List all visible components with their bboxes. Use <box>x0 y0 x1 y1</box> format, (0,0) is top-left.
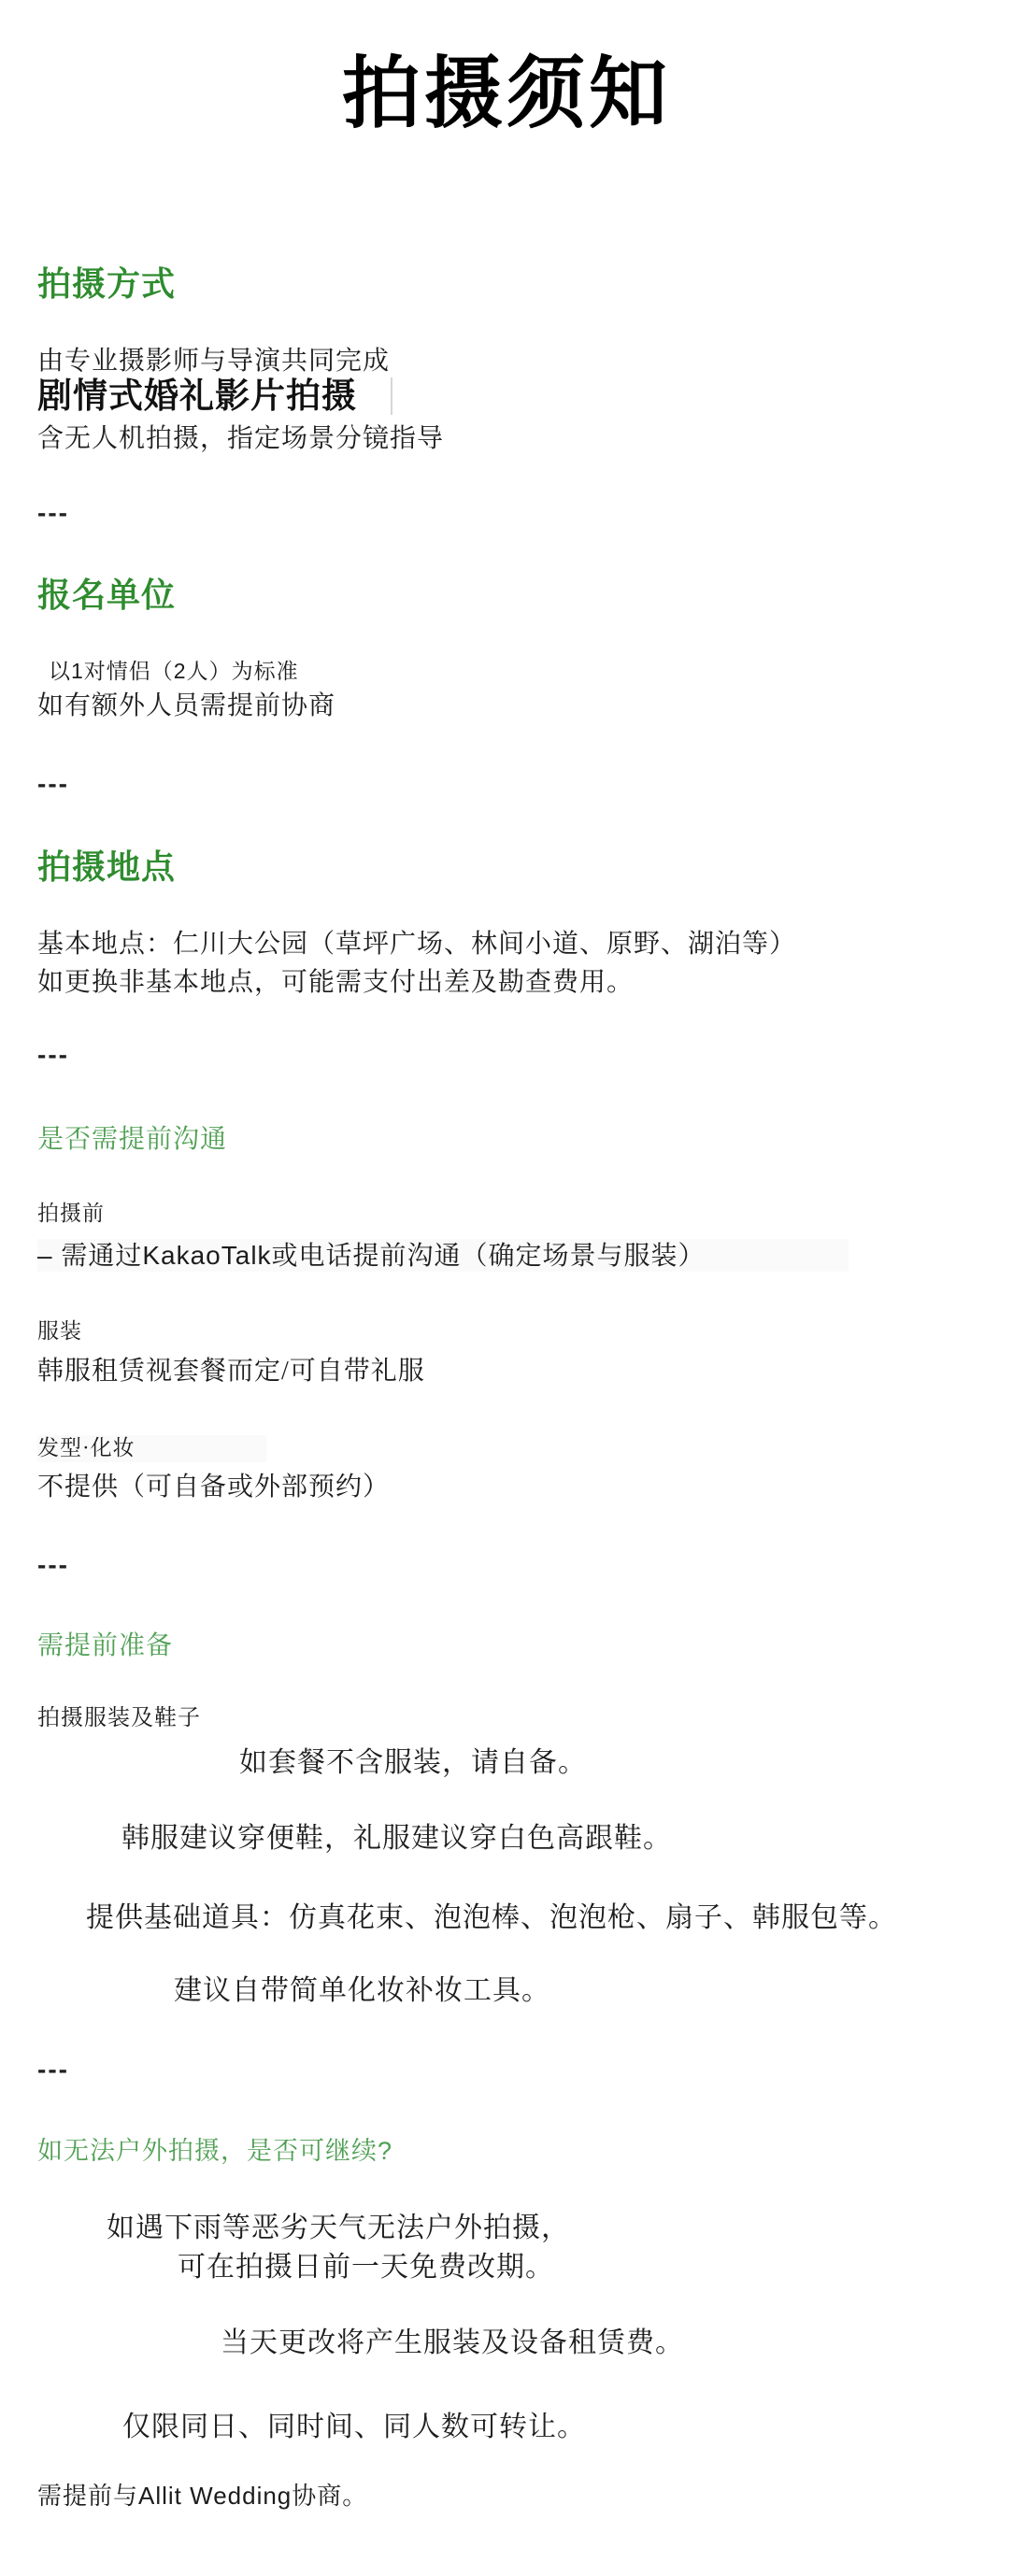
line-prepare-1: 如套餐不含服装，请自备。 <box>239 1745 587 1781</box>
line-prepare-3: 提供基础道具：仿真花束、泡泡棒、泡泡枪、扇子、韩服包等。 <box>86 1900 897 1936</box>
section-heading-advance-communication: 是否需提前沟通 <box>37 1122 227 1155</box>
section-heading-prepare-in-advance: 需提前准备 <box>37 1629 173 1661</box>
separator: --- <box>37 496 69 529</box>
label-clothing: 服装 <box>37 1317 82 1345</box>
line-weather-2: 可在拍摄日前一天免费改期。 <box>178 2250 554 2285</box>
line-shooting-method-2: 剧情式婚礼影片拍摄 <box>37 375 357 418</box>
line-shooting-method-3: 含无人机拍摄，指定场景分镜指导 <box>37 421 444 454</box>
label-hair-makeup: 发型·化妆 <box>37 1435 266 1462</box>
line-location-1: 基本地点：仁川大公园（草坪广场、林间小道、原野、湖泊等） <box>37 928 796 961</box>
line-prepare-2: 韩服建议穿便鞋，礼服建议穿白色高跟鞋。 <box>121 1821 672 1857</box>
line-communication-1: – 需通过KakaoTalk或电话提前沟通（确定场景与服装） <box>37 1239 849 1272</box>
line-allit-wedding-note: 需提前与Allit Wedding协商。 <box>37 2481 367 2512</box>
section-heading-outdoor-unavailable: 如无法户外拍摄，是否可继续? <box>37 2136 392 2168</box>
line-communication-3: 不提供（可自备或外部预约） <box>37 1471 390 1503</box>
separator: --- <box>37 767 69 800</box>
section-heading-registration-unit: 报名单位 <box>37 574 176 616</box>
separator: --- <box>37 1548 69 1581</box>
page-title: 拍摄须知 <box>0 52 1013 135</box>
section-heading-shooting-method: 拍摄方式 <box>37 263 176 305</box>
line-weather-3: 当天更改将产生服装及设备租赁费。 <box>221 2326 684 2361</box>
line-weather-1: 如遇下雨等恶劣天气无法户外拍摄， <box>107 2211 570 2246</box>
text-cursor-artifact <box>391 377 392 415</box>
line-registration-1: 以1对情侣（2人）为标准 <box>49 658 299 685</box>
line-prepare-4: 建议自带简单化妆补妆工具。 <box>174 1973 550 2009</box>
label-before-shooting: 拍摄前 <box>37 1200 105 1227</box>
label-outfit-shoes: 拍摄服装及鞋子 <box>37 1704 201 1732</box>
line-communication-2: 韩服租赁视套餐而定/可自带礼服 <box>37 1355 425 1388</box>
line-registration-2: 如有额外人员需提前协商 <box>37 690 335 722</box>
separator: --- <box>37 2053 69 2085</box>
notice-document: 拍摄须知 拍摄方式 由专业摄影师与导演共同完成 剧情式婚礼影片拍摄 含无人机拍摄… <box>0 0 1013 2576</box>
section-heading-shooting-location: 拍摄地点 <box>37 846 176 888</box>
line-location-2: 如更换非基本地点，可能需支付出差及勘查费用。 <box>37 966 634 999</box>
line-weather-4: 仅限同日、同时间、同人数可转让。 <box>122 2410 586 2445</box>
line-shooting-method-1: 由专业摄影师与导演共同完成 <box>37 344 390 377</box>
separator: --- <box>37 1038 69 1071</box>
